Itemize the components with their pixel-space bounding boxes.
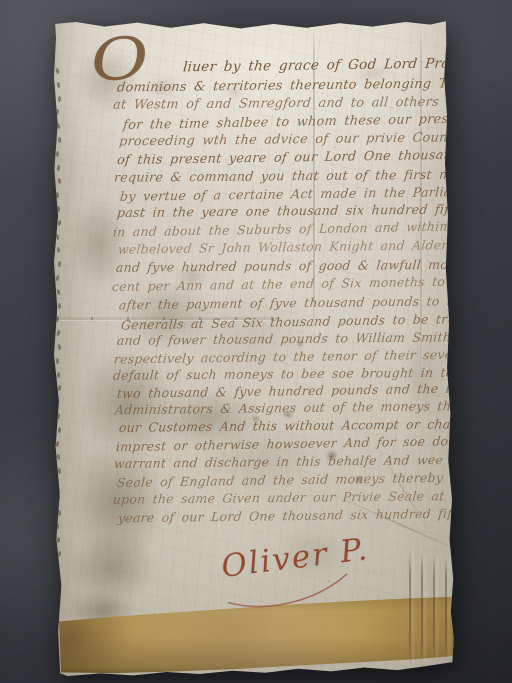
manuscript-line: Administrators & Assignes out of the mon…: [114, 399, 487, 417]
manuscript-line: require & command you that out of the fi…: [113, 167, 508, 184]
manuscript-line: welbeloved Sr John Wollaston Knight and …: [117, 237, 511, 256]
manuscript-line: past in the yeare one thousand six hundr…: [116, 202, 506, 220]
parchment-document: liuer by the grace of God Lord Protector…: [47, 18, 459, 678]
parchment-sheet: liuer by the grace of God Lord Protector…: [47, 18, 459, 678]
manuscript-line: of this present yeare of our Lord One th…: [116, 148, 512, 168]
manuscript-line: for the time shalbee to whom these our p…: [122, 111, 512, 133]
manuscript-line: Seale of England and the said moneys the…: [116, 470, 495, 490]
stitch-mark: [56, 482, 59, 488]
manuscript-line: dominions & territories thereunto belong…: [116, 77, 512, 96]
manuscript-line: by vertue of a certaine Act made in the …: [119, 184, 512, 203]
manuscript-line: in and about the Suburbs of London and w…: [112, 219, 512, 240]
manuscript-line: and fyve hundred pounds of good & lawful…: [115, 257, 512, 274]
stitch-mark: [57, 579, 61, 585]
manuscript-line: respectively according to the tenor of t…: [113, 347, 475, 366]
initial-letter: O: [88, 28, 151, 89]
manuscript-line: default of such moneys to bee soe brough…: [112, 365, 505, 382]
manuscript-line: liuer by the grace of God Lord Protector…: [182, 56, 512, 75]
photo-background: liuer by the grace of God Lord Protector…: [0, 0, 512, 683]
manuscript-line: cent per Ann and at the end of Six monet…: [111, 274, 505, 294]
stitch-mark: [55, 606, 59, 613]
manuscript-line: our Customes And this without Accompt or…: [118, 417, 473, 434]
manuscript-line: upon the same Given under our Privie Sea…: [112, 489, 445, 506]
manuscript-line: yeare of our Lord One thousand six hundr…: [117, 507, 470, 526]
manuscript-line: proceeding wth the advice of our privie …: [118, 131, 510, 150]
manuscript-line: imprest or otherwise howsoever And for s…: [115, 434, 477, 454]
manuscript-line: after the payment of fyve thousand pound…: [118, 294, 502, 312]
manuscript-line: and of fower thousand pounds to William …: [116, 330, 473, 347]
manuscript-line: at Westm of and Smregford and to all oth…: [112, 95, 506, 112]
stitch-mark: [55, 565, 59, 572]
manuscript-line: warrant and discharge in this behalfe An…: [113, 453, 443, 471]
